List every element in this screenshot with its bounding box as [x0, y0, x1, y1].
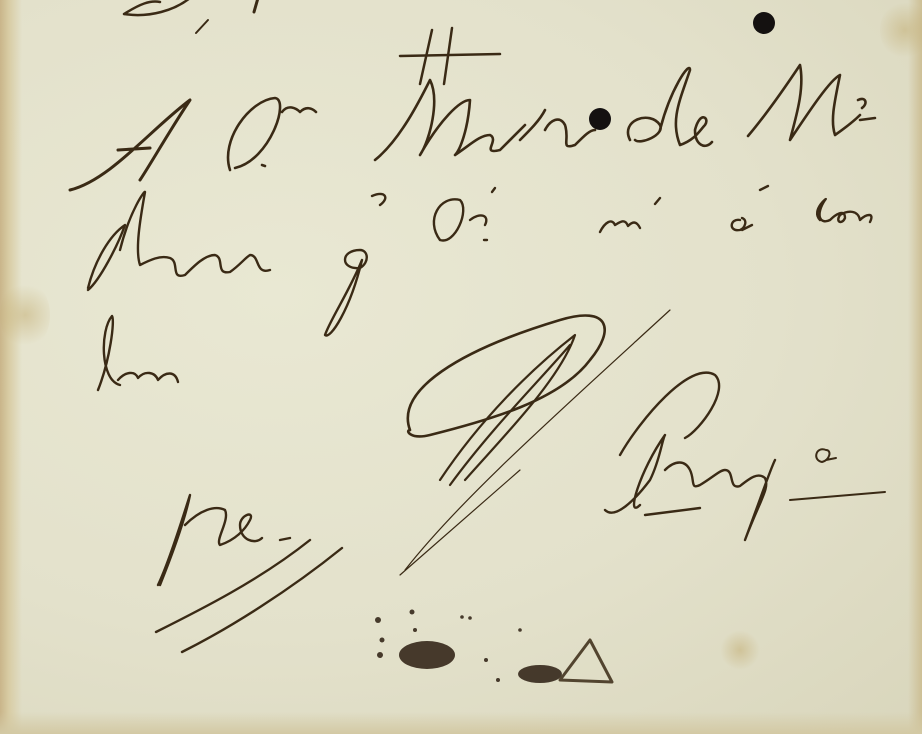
letter-sheet: D. ... + A D.n Martín de Mi- chilena q.e…	[0, 0, 922, 734]
navarra-stamp	[0, 0, 922, 734]
